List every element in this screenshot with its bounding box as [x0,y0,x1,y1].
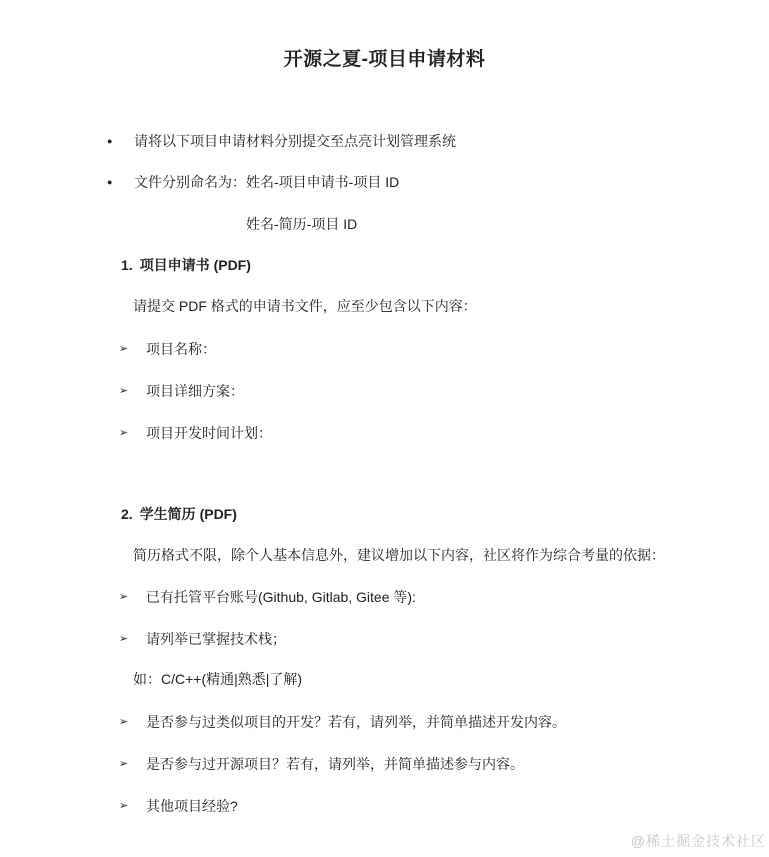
arrow-list-item: ➢ 项目开发时间计划： [119,424,272,442]
arrow-list-item: ➢ 请列举已掌握技术栈； [119,630,286,648]
arrow-list-item: ➢ 是否参与过开源项目？若有，请列举，并简单描述参与内容。 [119,755,524,773]
arrow-bullet-icon: ➢ [119,382,146,400]
disc-bullet-icon: ● [107,173,134,191]
paragraph-text: 请提交 PDF 格式的申请书文件，应至少包含以下内容： [133,297,477,315]
list-item-text: 项目名称： [146,340,216,358]
list-item-text: 请将以下项目申请材料分别提交至点亮计划管理系统 [134,132,456,150]
list-item-note: 如：C/C++(精通|熟悉|了解) [133,670,302,688]
disc-bullet-icon: ● [107,132,134,150]
arrow-bullet-icon: ➢ [119,713,146,731]
arrow-bullet-icon: ➢ [119,588,146,606]
arrow-list-item: ➢ 项目名称： [119,340,216,358]
list-item-text: 是否参与过开源项目？若有，请列举，并简单描述参与内容。 [146,755,524,773]
arrow-bullet-icon: ➢ [119,755,146,773]
list-item-text: 已有托管平台账号(Github, Gitlab, Gitee 等): [146,588,416,606]
document-page: 开源之夏-项目申请材料 ● 请将以下项目申请材料分别提交至点亮计划管理系统 ● … [0,0,769,857]
watermark: @稀土掘金技术社区 [631,831,766,851]
list-item-text: 项目开发时间计划： [146,424,272,442]
arrow-bullet-icon: ➢ [119,424,146,442]
list-item-text: 文件分别命名为：姓名-项目申请书-项目 ID [134,173,399,191]
list-item-continuation: 姓名-简历-项目 ID [246,215,357,233]
arrow-list-item: ➢ 项目详细方案： [119,382,244,400]
list-item: ● 文件分别命名为：姓名-项目申请书-项目 ID [107,173,399,191]
list-item: ● 请将以下项目申请材料分别提交至点亮计划管理系统 [107,132,456,150]
paragraph-text: 简历格式不限，除个人基本信息外，建议增加以下内容，社区将作为综合考量的依据： [133,546,665,564]
list-item-text: 姓名-简历-项目 ID [246,215,357,233]
arrow-bullet-icon: ➢ [119,797,146,815]
section-intro: 请提交 PDF 格式的申请书文件，应至少包含以下内容： [133,297,477,315]
list-item-text: 项目详细方案： [146,382,244,400]
section-number: 1. [121,256,133,274]
section-heading: 1. 项目申请书 (PDF) [121,256,251,274]
arrow-list-item: ➢ 其他项目经验? [119,797,238,815]
arrow-list-item: ➢ 是否参与过类似项目的开发？若有，请列举，并简单描述开发内容。 [119,713,566,731]
section-heading-text: 学生简历 (PDF) [140,505,237,523]
section-heading-text: 项目申请书 (PDF) [140,256,251,274]
section-number: 2. [121,505,133,523]
list-item-text: 其他项目经验? [146,797,238,815]
arrow-list-item: ➢ 已有托管平台账号(Github, Gitlab, Gitee 等): [119,588,416,606]
section-heading: 2. 学生简历 (PDF) [121,505,237,523]
page-title: 开源之夏-项目申请材料 [0,44,769,71]
list-item-text: 如：C/C++(精通|熟悉|了解) [133,670,302,688]
arrow-bullet-icon: ➢ [119,630,146,648]
section-intro: 简历格式不限，除个人基本信息外，建议增加以下内容，社区将作为综合考量的依据： [133,546,665,564]
list-item-text: 请列举已掌握技术栈； [146,630,286,648]
list-item-text: 是否参与过类似项目的开发？若有，请列举，并简单描述开发内容。 [146,713,566,731]
arrow-bullet-icon: ➢ [119,340,146,358]
